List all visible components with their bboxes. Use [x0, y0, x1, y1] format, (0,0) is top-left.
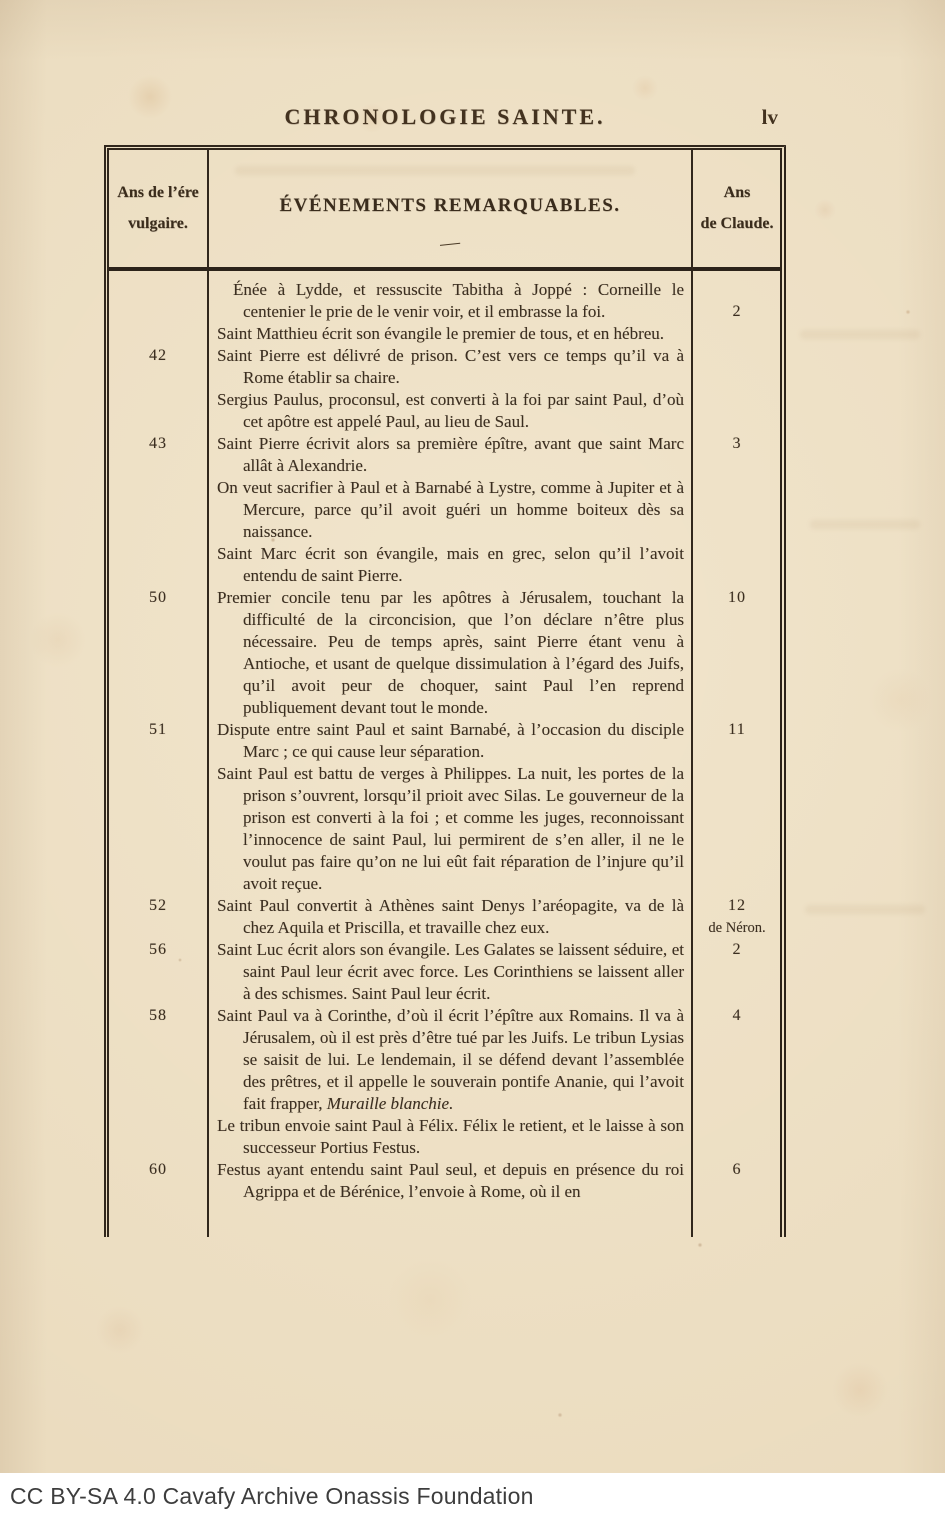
year-value: 58 [109, 1005, 207, 1027]
event-paragraph: Saint Luc écrit alors son évangile. Les … [217, 939, 684, 1005]
claude-value: 11 [693, 719, 781, 741]
page-title: CHRONOLOGIE SAINTE. [104, 104, 786, 130]
year-column: 4243505152565860 [109, 271, 207, 1237]
column-header-claude: Ans de Claude. [693, 150, 781, 271]
ornament-dash: — [439, 231, 461, 256]
verso-showthrough [800, 330, 920, 339]
year-value: 51 [109, 719, 207, 741]
claude-value: 4 [693, 1005, 781, 1027]
chronology-table: Ans de l’ére vulgaire. ÉVÉNEMENTS REMARQ… [104, 145, 786, 1237]
column-header-events-label: ÉVÉNEMENTS REMARQUABLES. [209, 195, 691, 217]
claude-value: 12 [693, 895, 781, 917]
event-paragraph: Énée à Lydde, et ressuscite Tabitha à Jo… [217, 279, 684, 323]
claude-value: 3 [693, 433, 781, 455]
event-paragraph: Sergius Paulus, proconsul, est converti … [217, 389, 684, 433]
column-header-era-line1: Ans de l’ére [109, 177, 207, 208]
event-paragraph: Saint Paul va à Corinthe, d’où il écrit … [217, 1005, 684, 1115]
event-paragraph: Festus ayant entendu saint Paul seul, et… [217, 1159, 684, 1203]
year-value: 50 [109, 587, 207, 609]
event-paragraph: Le tribun envoie saint Paul à Félix. Fél… [217, 1115, 684, 1159]
verso-showthrough [810, 520, 920, 529]
column-header-claude-line2: de Claude. [693, 208, 781, 239]
events-column: Énée à Lydde, et ressuscite Tabitha à Jo… [207, 271, 693, 1237]
column-header-era: Ans de l’ére vulgaire. [109, 150, 207, 271]
column-header-claude-line1: Ans [693, 177, 781, 208]
year-value: 52 [109, 895, 207, 917]
event-paragraph: Saint Pierre est délivré de prison. C’es… [217, 345, 684, 389]
claude-column: 23101112de Néron.246 [693, 271, 781, 1237]
event-paragraph: Saint Pierre écrivit alors sa première é… [217, 433, 684, 477]
license-bar: CC BY-SA 4.0 Cavafy Archive Onassis Foun… [0, 1473, 945, 1519]
event-paragraph: On veut sacrifier à Paul et à Barnabé à … [217, 477, 684, 543]
verso-showthrough [805, 905, 925, 914]
year-value: 56 [109, 939, 207, 961]
year-value: 42 [109, 345, 207, 367]
event-paragraph: Saint Marc écrit son évangile, mais en g… [217, 543, 684, 587]
scanned-book-page: CHRONOLOGIE SAINTE. lv Ans de l’ére vulg… [0, 0, 945, 1519]
claude-ruler-note: de Néron. [693, 917, 781, 939]
column-header-events: ÉVÉNEMENTS REMARQUABLES. — [207, 150, 693, 271]
event-paragraph: Dispute entre saint Paul et saint Barnab… [217, 719, 684, 763]
column-header-era-line2: vulgaire. [109, 208, 207, 239]
page-header: CHRONOLOGIE SAINTE. lv [0, 0, 945, 145]
event-paragraph: Premier concile tenu par les apôtres à J… [217, 587, 684, 719]
year-value: 43 [109, 433, 207, 455]
event-paragraph: Saint Paul est battu de verges à Philipp… [217, 763, 684, 895]
claude-value: 2 [693, 939, 781, 961]
year-value: 60 [109, 1159, 207, 1181]
claude-value: 2 [693, 301, 781, 323]
event-paragraph: Saint Matthieu écrit son évangile le pre… [217, 323, 684, 345]
claude-value: 6 [693, 1159, 781, 1181]
license-text: CC BY-SA 4.0 Cavafy Archive Onassis Foun… [10, 1483, 534, 1510]
folio-number: lv [690, 105, 778, 130]
event-paragraph: Saint Paul convertit à Athènes saint Den… [217, 895, 684, 939]
claude-value: 10 [693, 587, 781, 609]
